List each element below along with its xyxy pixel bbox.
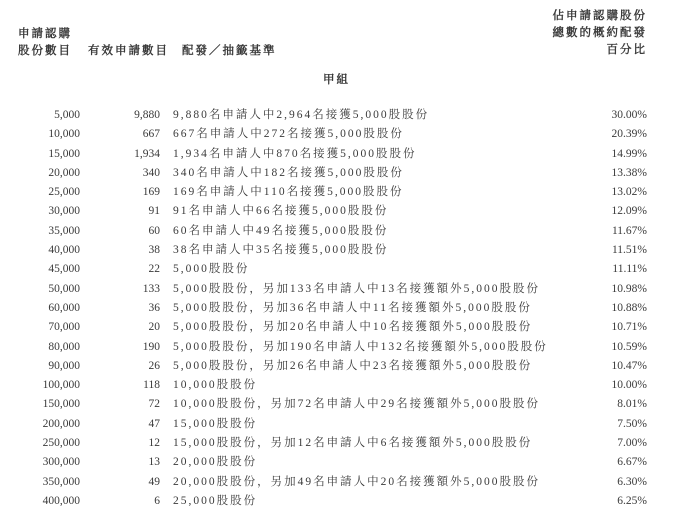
allotment-results-page: 申請認購 股份數目 有效申請數目 配發／抽籤基準 佔申請認購股份 總數的概約配發… [0,0,673,527]
percentage-cell: 13.02% [569,183,647,202]
percentage-cell: 10.98% [569,280,647,299]
shares-cell: 150,000 [18,395,80,414]
table-row: 400,000625,000股股份6.25% [18,492,647,511]
header-percentage-line3: 百分比 [553,42,648,59]
applications-cell: 72 [80,395,160,414]
table-row: 5,0009,8809,880名申請人中2,964名接獲5,000股股份30.0… [18,106,647,125]
applications-cell: 49 [80,473,160,492]
percentage-cell: 10.47% [569,357,647,376]
applications-cell: 133 [80,280,160,299]
header-percentage-line1: 佔申請認購股份 [553,8,648,25]
percentage-cell: 10.88% [569,299,647,318]
percentage-cell: 6.25% [569,492,647,511]
applications-cell: 13 [80,453,160,472]
basis-cell: 60名申請人中49名接獲5,000股股份 [160,222,569,241]
header-shares-applied-line2: 股份數目 [18,42,72,58]
applications-cell: 9,880 [80,106,160,125]
table-row: 100,00011810,000股股份10.00% [18,376,647,395]
basis-cell: 91名申請人中66名接獲5,000股股份 [160,202,569,221]
percentage-cell: 10.00% [569,376,647,395]
shares-cell: 350,000 [18,473,80,492]
table-row: 20,000340340名申請人中182名接獲5,000股股份13.38% [18,164,647,183]
shares-cell: 80,000 [18,338,80,357]
percentage-cell: 30.00% [569,106,647,125]
percentage-cell: 7.00% [569,434,647,453]
shares-cell: 200,000 [18,415,80,434]
allotment-table: 5,0009,8809,880名申請人中2,964名接獲5,000股股份30.0… [18,106,647,511]
basis-cell: 5,000股股份 [160,260,569,279]
percentage-cell: 11.51% [569,241,647,260]
basis-cell: 5,000股股份，另加26名申請人中23名接獲額外5,000股股份 [160,357,569,376]
shares-cell: 60,000 [18,299,80,318]
shares-cell: 40,000 [18,241,80,260]
applications-cell: 22 [80,260,160,279]
shares-cell: 250,000 [18,434,80,453]
table-row: 60,000365,000股股份，另加36名申請人中11名接獲額外5,000股股… [18,299,647,318]
table-row: 30,0009191名申請人中66名接獲5,000股股份12.09% [18,202,647,221]
shares-cell: 15,000 [18,145,80,164]
table-row: 250,0001215,000股股份，另加12名申請人中6名接獲額外5,000股… [18,434,647,453]
table-row: 150,0007210,000股股份，另加72名申請人中29名接獲額外5,000… [18,395,647,414]
shares-cell: 25,000 [18,183,80,202]
basis-cell: 5,000股股份，另加20名申請人中10名接獲額外5,000股股份 [160,318,569,337]
percentage-cell: 8.01% [569,395,647,414]
shares-cell: 100,000 [18,376,80,395]
percentage-cell: 7.50% [569,415,647,434]
header-percentage-block: 佔申請認購股份 總數的概約配發 百分比 [553,8,648,59]
applications-cell: 12 [80,434,160,453]
table-row: 25,000169169名申請人中110名接獲5,000股股份13.02% [18,183,647,202]
basis-cell: 5,000股股份，另加133名申請人中13名接獲額外5,000股股份 [160,280,569,299]
table-row: 200,0004715,000股股份7.50% [18,415,647,434]
applications-cell: 20 [80,318,160,337]
shares-cell: 10,000 [18,125,80,144]
basis-cell: 10,000股股份 [160,376,569,395]
basis-cell: 340名申請人中182名接獲5,000股股份 [160,164,569,183]
header-shares-applied-line1: 申請認購 [18,25,72,41]
percentage-cell: 20.39% [569,125,647,144]
percentage-cell: 11.11% [569,260,647,279]
percentage-cell: 13.38% [569,164,647,183]
table-row: 45,000225,000股股份11.11% [18,260,647,279]
group-a-label: 甲組 [0,71,673,87]
table-row: 50,0001335,000股股份，另加133名申請人中13名接獲額外5,000… [18,280,647,299]
basis-cell: 169名申請人中110名接獲5,000股股份 [160,183,569,202]
percentage-cell: 12.09% [569,202,647,221]
applications-cell: 1,934 [80,145,160,164]
shares-cell: 70,000 [18,318,80,337]
shares-cell: 300,000 [18,453,80,472]
basis-cell: 9,880名申請人中2,964名接獲5,000股股份 [160,106,569,125]
applications-cell: 190 [80,338,160,357]
table-row: 300,0001320,000股股份6.67% [18,453,647,472]
basis-cell: 15,000股股份 [160,415,569,434]
basis-cell: 5,000股股份，另加190名申請人中132名接獲額外5,000股股份 [160,338,569,357]
basis-cell: 5,000股股份，另加36名申請人中11名接獲額外5,000股股份 [160,299,569,318]
percentage-cell: 6.30% [569,473,647,492]
applications-cell: 60 [80,222,160,241]
table-row: 35,0006060名申請人中49名接獲5,000股股份11.67% [18,222,647,241]
table-row: 10,000667667名申請人中272名接獲5,000股股份20.39% [18,125,647,144]
applications-cell: 169 [80,183,160,202]
table-row: 90,000265,000股股份，另加26名申請人中23名接獲額外5,000股股… [18,357,647,376]
shares-cell: 35,000 [18,222,80,241]
shares-cell: 50,000 [18,280,80,299]
basis-cell: 15,000股股份，另加12名申請人中6名接獲額外5,000股股份 [160,434,569,453]
header-basis-of-allotment: 配發／抽籤基準 [182,42,277,58]
shares-cell: 20,000 [18,164,80,183]
applications-cell: 38 [80,241,160,260]
basis-cell: 20,000股股份 [160,453,569,472]
basis-cell: 10,000股股份，另加72名申請人中29名接獲額外5,000股股份 [160,395,569,414]
header-percentage-line2: 總數的概約配發 [553,25,648,42]
applications-cell: 340 [80,164,160,183]
table-header: 申請認購 股份數目 有效申請數目 配發／抽籤基準 佔申請認購股份 總數的概約配發… [18,8,647,58]
shares-cell: 30,000 [18,202,80,221]
applications-cell: 26 [80,357,160,376]
percentage-cell: 6.67% [569,453,647,472]
applications-cell: 118 [80,376,160,395]
basis-cell: 1,934名申請人中870名接獲5,000股股份 [160,145,569,164]
shares-cell: 5,000 [18,106,80,125]
applications-cell: 667 [80,125,160,144]
table-row: 350,0004920,000股股份，另加49名申請人中20名接獲額外5,000… [18,473,647,492]
table-row: 15,0001,9341,934名申請人中870名接獲5,000股股份14.99… [18,145,647,164]
basis-cell: 38名申請人中35名接獲5,000股股份 [160,241,569,260]
percentage-cell: 14.99% [569,145,647,164]
shares-cell: 400,000 [18,492,80,511]
shares-cell: 90,000 [18,357,80,376]
basis-cell: 667名申請人中272名接獲5,000股股份 [160,125,569,144]
table-row: 40,0003838名申請人中35名接獲5,000股股份11.51% [18,241,647,260]
percentage-cell: 10.59% [569,338,647,357]
applications-cell: 6 [80,492,160,511]
applications-cell: 36 [80,299,160,318]
applications-cell: 47 [80,415,160,434]
basis-cell: 25,000股股份 [160,492,569,511]
header-valid-applications: 有效申請數目 [88,42,169,58]
shares-cell: 45,000 [18,260,80,279]
basis-cell: 20,000股股份，另加49名申請人中20名接獲額外5,000股股份 [160,473,569,492]
percentage-cell: 10.71% [569,318,647,337]
percentage-cell: 11.67% [569,222,647,241]
table-row: 80,0001905,000股股份，另加190名申請人中132名接獲額外5,00… [18,338,647,357]
applications-cell: 91 [80,202,160,221]
table-row: 70,000205,000股股份，另加20名申請人中10名接獲額外5,000股股… [18,318,647,337]
